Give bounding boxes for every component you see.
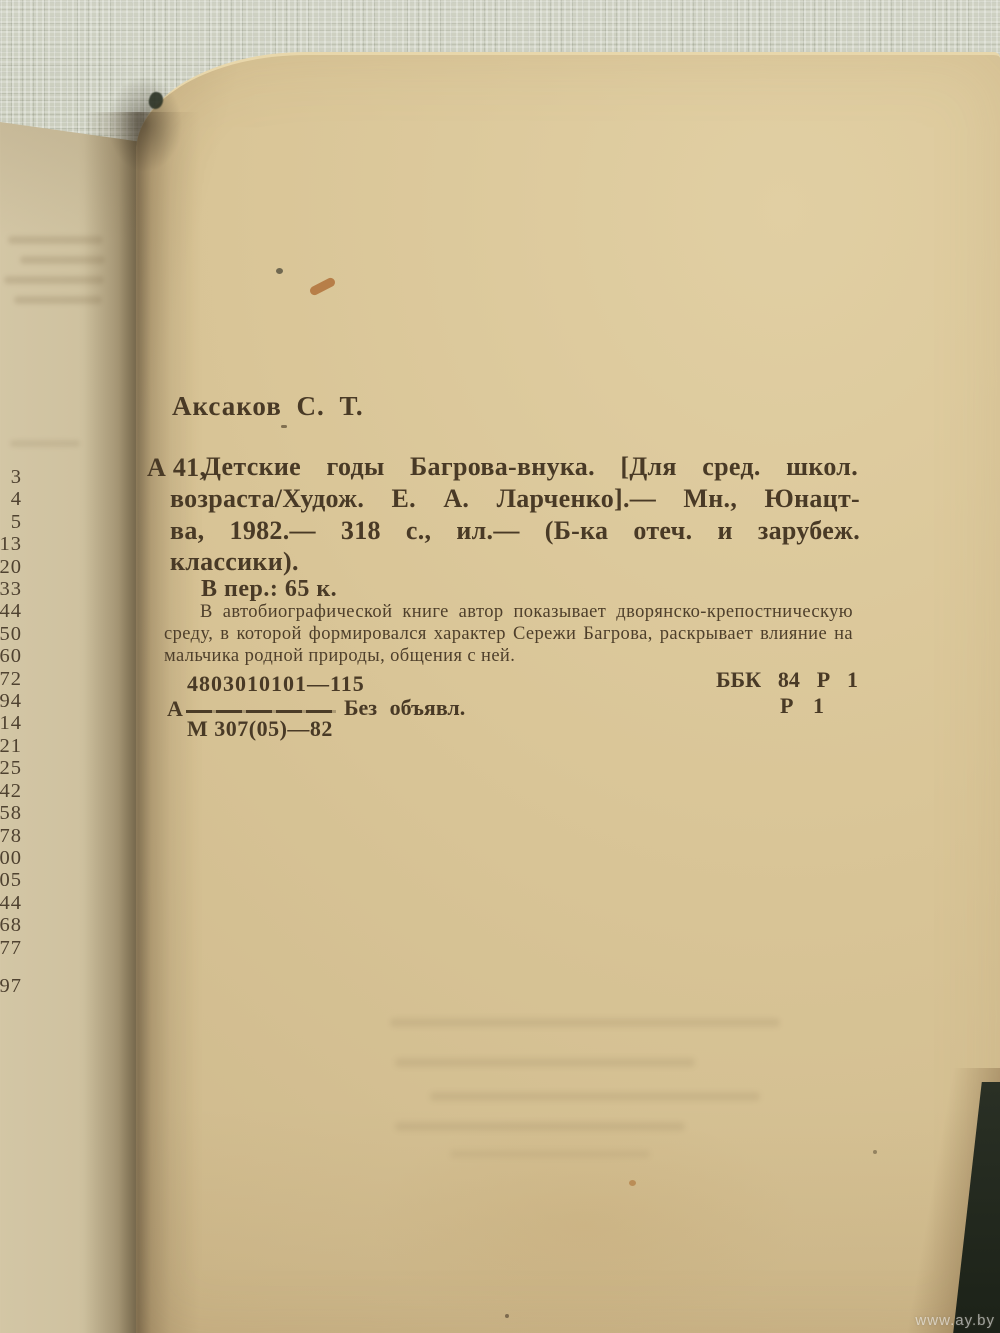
- toc-page-number: 72: [0, 668, 22, 690]
- show-through-text: [395, 1122, 685, 1131]
- paper-fleck: [281, 425, 287, 428]
- toc-page-number: 58: [0, 802, 22, 824]
- toc-page-number: 5: [0, 511, 22, 533]
- imprint-numerator: 4803010101—115: [187, 671, 365, 697]
- show-through-text: [390, 1018, 780, 1027]
- site-watermark: www.ay.by: [915, 1312, 995, 1329]
- imprint-suffix: Без объявл.: [344, 695, 465, 721]
- show-through-text: [10, 440, 80, 447]
- toc-page-number: 68: [0, 914, 22, 936]
- paper-fleck: [629, 1180, 636, 1186]
- toc-page-number: 00: [0, 847, 22, 869]
- bibliographic-entry-line: классики).: [170, 547, 299, 577]
- imprint-denominator: М 307(05)—82: [187, 716, 333, 742]
- annotation-line: В автобиографической книге автор показыв…: [200, 602, 853, 623]
- toc-page-number: 44: [0, 600, 22, 622]
- toc-page-number: 20: [0, 556, 22, 578]
- toc-page-number: 44: [0, 892, 22, 914]
- toc-page-number: 60: [0, 645, 22, 667]
- toc-page-number: 94: [0, 690, 22, 712]
- toc-page-number-column: 3451320334450607294142125425878000544687…: [0, 466, 22, 997]
- gutter-top-shadow: [108, 76, 182, 172]
- bibliographic-entry-line: возраста/Худож. Е. А. Ларченко].— Мн., Ю…: [170, 484, 860, 514]
- gutter-shadow: [84, 112, 200, 1333]
- toc-page-number: 14: [0, 712, 22, 734]
- catalog-index: А 41,: [147, 453, 206, 483]
- show-through-text: [395, 1058, 695, 1067]
- toc-page-number: 50: [0, 623, 22, 645]
- toc-page-number: 05: [0, 869, 22, 891]
- show-through-text: [430, 1092, 760, 1101]
- toc-page-number: 4: [0, 488, 22, 510]
- toc-page-number: 77: [0, 937, 22, 959]
- annotation-line: среду, в которой формировался характер С…: [164, 624, 853, 645]
- toc-page-number: 33: [0, 578, 22, 600]
- paper-fleck: [873, 1150, 877, 1154]
- author-name: Аксаков С. Т.: [172, 391, 364, 422]
- toc-page-number: 97: [0, 975, 22, 997]
- toc-page-number: 3: [0, 466, 22, 488]
- toc-page-number: 21: [0, 735, 22, 757]
- paper-fleck: [276, 268, 283, 274]
- price-line: В пер.: 65 к.: [201, 576, 337, 603]
- paper-fleck: [505, 1314, 509, 1318]
- toc-page-number: 42: [0, 780, 22, 802]
- toc-page-number: 13: [0, 533, 22, 555]
- show-through-text: [450, 1150, 650, 1158]
- toc-page-number: 25: [0, 757, 22, 779]
- book-imprint-page-photo: 3451320334450607294142125425878000544687…: [0, 0, 1000, 1333]
- toc-page-number: 78: [0, 825, 22, 847]
- imprint-prefix: А: [167, 696, 183, 722]
- imprint-fraction-rule: [186, 710, 336, 713]
- bbk-classification-line: ББК 84 Р 1: [716, 667, 858, 693]
- paper-stain: [370, 1110, 800, 1333]
- bibliographic-entry-line: Детские годы Багрова-внука. [Для сред. ш…: [203, 452, 858, 482]
- bibliographic-entry-line: ва, 1982.— 318 с., ил.— (Б-ка отеч. и за…: [170, 516, 860, 546]
- annotation-line: мальчика родной природы, общения с ней.: [164, 646, 515, 667]
- bbk-classification-line: Р 1: [780, 693, 824, 719]
